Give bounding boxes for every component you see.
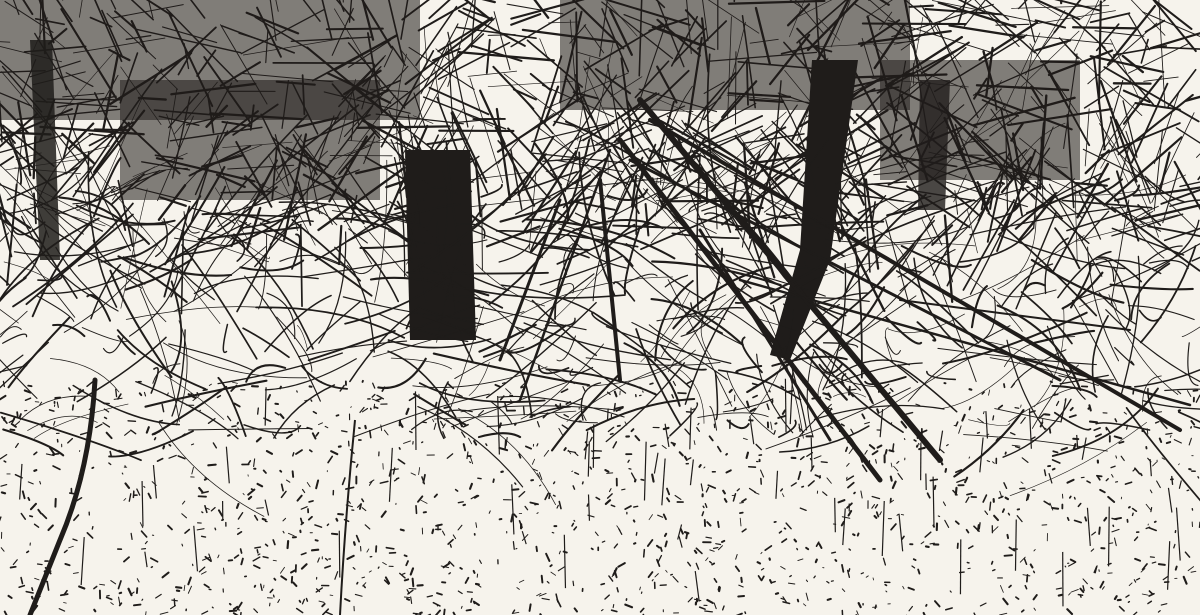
forest-print — [0, 0, 1200, 615]
forest-illustration — [0, 0, 1200, 615]
